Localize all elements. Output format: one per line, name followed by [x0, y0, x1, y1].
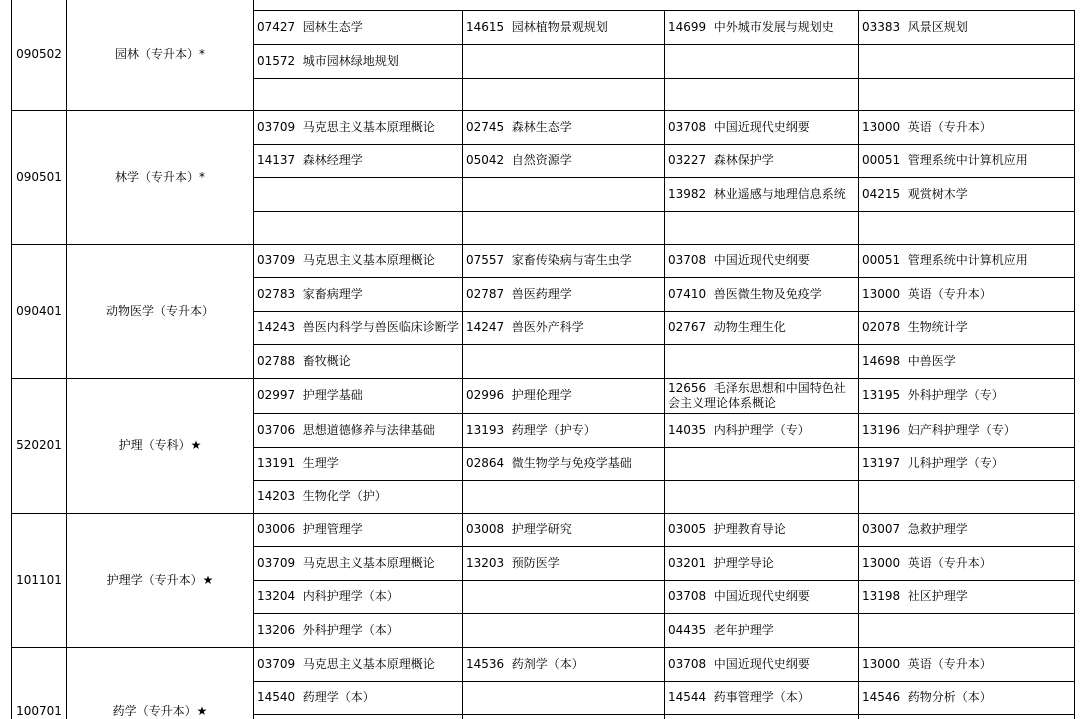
major-code-cell: 090501 — [12, 110, 67, 244]
table-row: 100701药学（专升本）★03709 马克思主义基本原理概论14536 药剂学… — [12, 647, 1075, 681]
clipped-cell — [859, 0, 1075, 10]
course-cell: 13000 英语（专升本） — [859, 546, 1075, 580]
course-cell: 14615 园林植物景观规划 — [463, 10, 665, 44]
empty-cell — [665, 480, 859, 513]
empty-cell — [463, 177, 665, 211]
major-name-cell: 护理（专科）★ — [67, 378, 254, 513]
empty-cell — [665, 344, 859, 378]
clipped-cell — [859, 714, 1075, 719]
course-cell: 14243 兽医内科学与兽医临床诊断学 — [254, 311, 463, 344]
empty-cell — [665, 211, 859, 244]
empty-cell — [463, 681, 665, 714]
major-code-cell: 090401 — [12, 244, 67, 378]
empty-cell — [254, 211, 463, 244]
course-cell: 13198 社区护理学 — [859, 580, 1075, 613]
course-cell: 03709 马克思主义基本原理概论 — [254, 647, 463, 681]
empty-cell — [463, 613, 665, 647]
course-cell: 04215 观赏树木学 — [859, 177, 1075, 211]
course-cell: 03201 护理学导论 — [665, 546, 859, 580]
course-cell: 00051 管理系统中计算机应用 — [859, 144, 1075, 177]
course-cell: 13195 外科护理学（专） — [859, 378, 1075, 413]
course-cell: 02767 动物生理生化 — [665, 311, 859, 344]
course-cell: 14544 药事管理学（本） — [665, 681, 859, 714]
course-cell: 03007 急救护理学 — [859, 513, 1075, 546]
clipped-cell — [463, 0, 665, 10]
course-cell: 03708 中国近现代史纲要 — [665, 580, 859, 613]
course-cell: 13982 林业遥感与地理信息系统 — [665, 177, 859, 211]
empty-cell — [859, 480, 1075, 513]
clipped-row: 090502园林（专升本）* — [12, 0, 1075, 10]
major-code-cell: 090502 — [12, 0, 67, 110]
course-cell: 02788 畜牧概论 — [254, 344, 463, 378]
empty-cell — [463, 480, 665, 513]
empty-cell — [254, 78, 463, 110]
clipped-cell — [463, 714, 665, 719]
course-cell: 03708 中国近现代史纲要 — [665, 647, 859, 681]
major-code-cell: 100701 — [12, 647, 67, 719]
course-cell: 14137 森林经理学 — [254, 144, 463, 177]
course-cell: 13206 外科护理学（本） — [254, 613, 463, 647]
course-cell: 07410 兽医微生物及免疫学 — [665, 277, 859, 311]
empty-cell — [665, 78, 859, 110]
course-cell: 07427 园林生态学 — [254, 10, 463, 44]
course-cell: 01572 城市园林绿地规划 — [254, 44, 463, 78]
course-cell: 14699 中外城市发展与规划史 — [665, 10, 859, 44]
major-name-cell: 护理学（专升本）★ — [67, 513, 254, 647]
clipped-cell — [665, 714, 859, 719]
empty-cell — [859, 78, 1075, 110]
course-cell: 02783 家畜病理学 — [254, 277, 463, 311]
table-row: 520201护理（专科）★02997 护理学基础02996 护理伦理学12656… — [12, 378, 1075, 413]
table-row: 101101护理学（专升本）★03006 护理管理学03008 护理学研究030… — [12, 513, 1075, 546]
course-cell: 13193 药理学（护专） — [463, 413, 665, 447]
course-cell: 03709 马克思主义基本原理概论 — [254, 546, 463, 580]
course-cell: 14546 药物分析（本） — [859, 681, 1075, 714]
course-cell: 04435 老年护理学 — [665, 613, 859, 647]
empty-cell — [463, 344, 665, 378]
major-name-cell: 药学（专升本）★ — [67, 647, 254, 719]
course-cell: 02996 护理伦理学 — [463, 378, 665, 413]
course-cell: 13000 英语（专升本） — [859, 277, 1075, 311]
course-cell: 03006 护理管理学 — [254, 513, 463, 546]
table-row: 090401动物医学（专升本）03709 马克思主义基本原理概论07557 家畜… — [12, 244, 1075, 277]
course-cell: 02864 微生物学与免疫学基础 — [463, 447, 665, 480]
course-cell: 02745 森林生态学 — [463, 110, 665, 144]
empty-cell — [254, 177, 463, 211]
empty-cell — [665, 447, 859, 480]
course-cell: 14203 生物化学（护） — [254, 480, 463, 513]
course-cell: 03708 中国近现代史纲要 — [665, 110, 859, 144]
major-code-cell: 520201 — [12, 378, 67, 513]
course-cell: 13000 英语（专升本） — [859, 647, 1075, 681]
course-cell: 03005 护理教育导论 — [665, 513, 859, 546]
course-cell: 03709 马克思主义基本原理概论 — [254, 110, 463, 144]
empty-cell — [859, 211, 1075, 244]
clipped-cell — [254, 714, 463, 719]
major-name-cell: 动物医学（专升本） — [67, 244, 254, 378]
empty-cell — [665, 44, 859, 78]
empty-cell — [463, 211, 665, 244]
course-cell: 13000 英语（专升本） — [859, 110, 1075, 144]
course-cell: 13196 妇产科护理学（专） — [859, 413, 1075, 447]
major-code-cell: 101101 — [12, 513, 67, 647]
exam-schedule-table: 090502园林（专升本）*07427 园林生态学14615 园林植物景观规划1… — [11, 0, 1075, 719]
course-cell: 02078 生物统计学 — [859, 311, 1075, 344]
course-cell: 14698 中兽医学 — [859, 344, 1075, 378]
major-name-cell: 林学（专升本）* — [67, 110, 254, 244]
course-cell: 14540 药理学（本） — [254, 681, 463, 714]
course-cell: 13197 儿科护理学（专） — [859, 447, 1075, 480]
course-cell: 07557 家畜传染病与寄生虫学 — [463, 244, 665, 277]
course-cell: 12656 毛泽东思想和中国特色社会主义理论体系概论 — [665, 378, 859, 413]
course-cell: 13191 生理学 — [254, 447, 463, 480]
course-cell: 00051 管理系统中计算机应用 — [859, 244, 1075, 277]
clipped-cell — [665, 0, 859, 10]
page: 090502园林（专升本）*07427 园林生态学14615 园林植物景观规划1… — [0, 0, 1082, 719]
empty-cell — [859, 613, 1075, 647]
course-cell: 14247 兽医外产科学 — [463, 311, 665, 344]
course-cell: 03227 森林保护学 — [665, 144, 859, 177]
empty-cell — [859, 44, 1075, 78]
course-cell: 13204 内科护理学（本） — [254, 580, 463, 613]
exam-table-body: 090502园林（专升本）*07427 园林生态学14615 园林植物景观规划1… — [12, 0, 1075, 719]
course-cell: 03709 马克思主义基本原理概论 — [254, 244, 463, 277]
clipped-cell — [254, 0, 463, 10]
course-cell: 03008 护理学研究 — [463, 513, 665, 546]
course-cell: 14035 内科护理学（专） — [665, 413, 859, 447]
course-cell: 13203 预防医学 — [463, 546, 665, 580]
course-cell: 03708 中国近现代史纲要 — [665, 244, 859, 277]
course-cell: 03383 风景区规划 — [859, 10, 1075, 44]
course-cell: 14536 药剂学（本） — [463, 647, 665, 681]
major-name-cell: 园林（专升本）* — [67, 0, 254, 110]
empty-cell — [463, 44, 665, 78]
empty-cell — [463, 78, 665, 110]
empty-cell — [463, 580, 665, 613]
table-row: 090501林学（专升本）*03709 马克思主义基本原理概论02745 森林生… — [12, 110, 1075, 144]
course-cell: 02787 兽医药理学 — [463, 277, 665, 311]
course-cell: 05042 自然资源学 — [463, 144, 665, 177]
course-cell: 02997 护理学基础 — [254, 378, 463, 413]
course-cell: 03706 思想道德修养与法律基础 — [254, 413, 463, 447]
